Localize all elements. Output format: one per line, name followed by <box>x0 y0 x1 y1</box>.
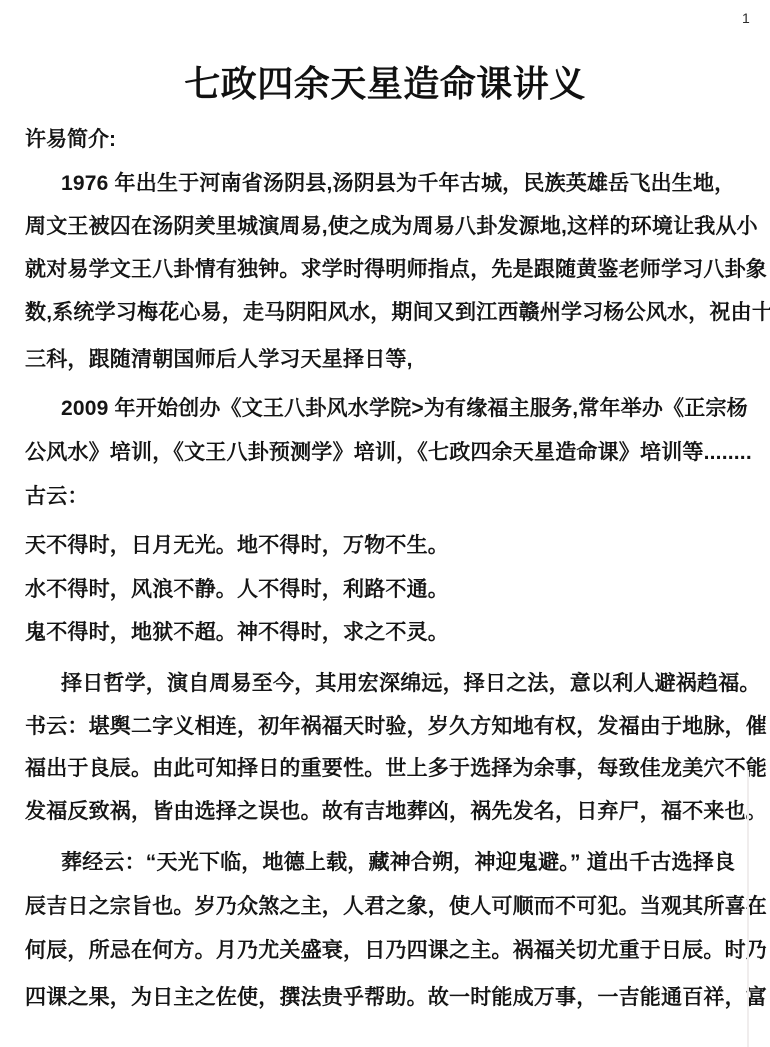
text-line: 公风水》培训，《文王八卦预测学》培训，《七政四余天星造命课》培训等.......… <box>25 440 752 466</box>
text-line: 何辰，所忌在何方。月乃尤关盛衰，日乃四课之主。祸福关切尤重于日辰。时乃 <box>25 938 767 964</box>
text-line: 葬经云：“天光下临，地德上载，藏神合朔，神迎鬼避。” 道出千古选择良 <box>61 850 735 876</box>
section-heading: 许易简介: <box>25 123 116 153</box>
page-number: 1 <box>742 10 750 26</box>
text-line: 辰吉日之宗旨也。岁乃众煞之主，人君之象，使人可顺而不可犯。当观其所喜在 <box>25 894 767 920</box>
scan-artifact-line <box>747 770 749 1047</box>
text-line: 福出于良辰。由此可知择日的重要性。世上多于选择为余事，每致佳龙美穴不能 <box>25 756 767 782</box>
text-line: 天不得时，日月无光。地不得时，万物不生。 <box>25 533 449 559</box>
text-line: 古云： <box>25 484 89 510</box>
document-page: 1 七政四余天星造命课讲义 许易简介: 1976 年出生于河南省汤阴县,汤阴县为… <box>0 0 770 1047</box>
text-line: 数,系统学习梅花心易，走马阴阳风水，期间又到江西赣州学习杨公风水，祝由十 <box>25 300 770 326</box>
text-line: 鬼不得时，地狱不超。神不得时，求之不灵。 <box>25 620 449 646</box>
text-line: 四课之果，为日主之佐使，撰法贵乎帮助。故一时能成万事，一吉能通百祥，富 <box>25 985 767 1011</box>
text-line: 三科，跟随清朝国师后人学习天星择日等, <box>25 347 413 373</box>
text-line: 周文王被囚在汤阴羑里城演周易,使之成为周易八卦发源地,这样的环境让我从小 <box>25 214 758 240</box>
text-line: 书云：堪舆二字义相连，初年祸福天时验，岁久方知地有权，发福由于地脉，催 <box>25 714 767 740</box>
text-line: 就对易学文王八卦情有独钟。求学时得明师指点，先是跟随黄鉴老师学习八卦象 <box>25 257 767 283</box>
text-line: 择日哲学，演自周易至今，其用宏深绵远，择日之法，意以利人避祸趋福。 <box>61 671 761 697</box>
text-line: 水不得时，风浪不静。人不得时，利路不通。 <box>25 577 449 603</box>
text-line: 发福反致祸，皆由选择之误也。故有吉地葬凶，祸先发名，日弃尸，福不来也。 <box>25 799 767 825</box>
text-line: 2009 年开始创办《文王八卦风水学院>为有缘福主服务,常年举办《正宗杨 <box>61 396 748 422</box>
text-line: 1976 年出生于河南省汤阴县,汤阴县为千年古城，民族英雄岳飞出生地， <box>61 171 735 197</box>
document-title: 七政四余天星造命课讲义 <box>0 56 770 107</box>
